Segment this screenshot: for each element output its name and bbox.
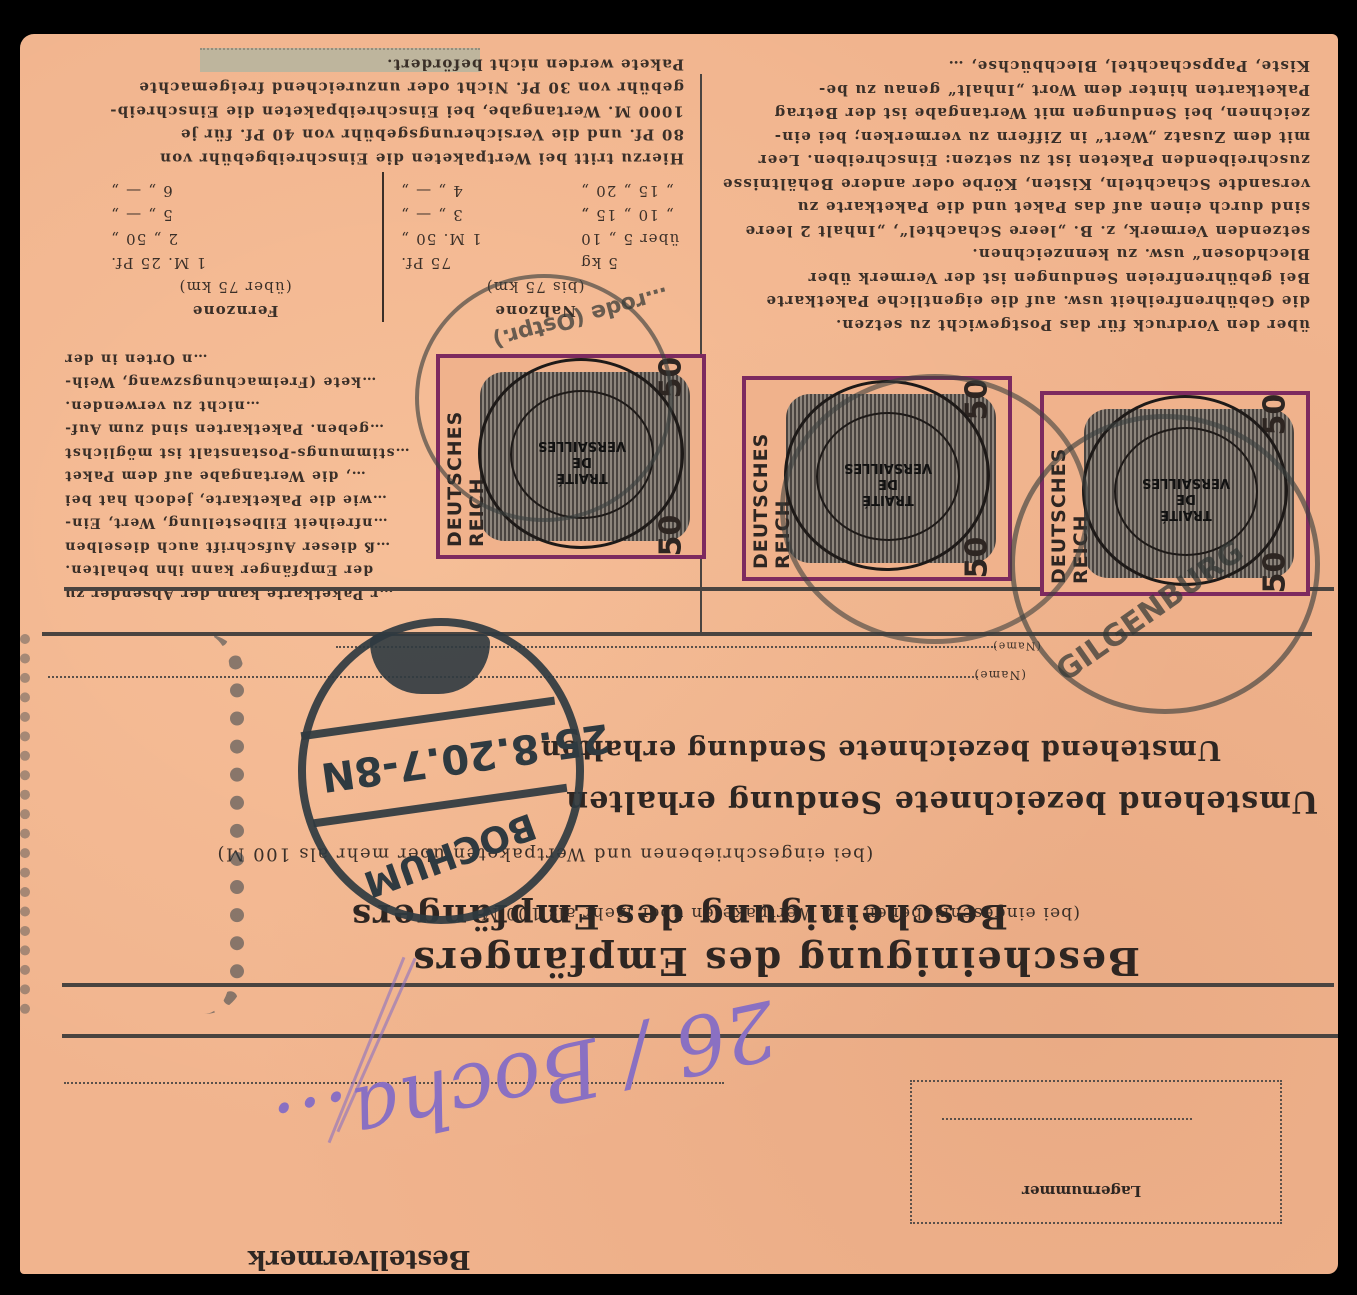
tariff-near: 4 „ — „ — [390, 178, 570, 202]
tariff-row: 5 kg75 Pf.1 M. 25 Pf. — [100, 250, 680, 274]
text-line: setzenden Vermerk, z. B. „leere Schachte… — [710, 219, 1310, 243]
received-statement: Umstehend bezeichnete Sendung erhalten — [540, 734, 1221, 765]
partial-postmark-left — [20, 634, 244, 1014]
text-line: …nicht zu verwenden. — [64, 393, 444, 417]
tariff-weight: „ 10 „ 15 „ — [570, 202, 680, 226]
text-line: …r Paketkarte kann der Absender zu — [64, 581, 444, 605]
text-line: die Gebührenfreiheit usw. auf die eigent… — [710, 289, 1310, 313]
stamp-value-top: 50 — [654, 515, 689, 557]
text-line: Pakete werden nicht befördert. — [64, 52, 684, 76]
tariff-near: 75 Pf. — [390, 250, 570, 274]
text-line: sind durch einen auf das Paket und die P… — [710, 195, 1310, 219]
text-line: …, die Wertangabe auf dem Paket — [64, 464, 444, 488]
storage-number-label: Lagernummer — [1022, 1182, 1141, 1200]
left-column-paragraph: …r Paketkarte kann der Absender zu der E… — [64, 346, 444, 605]
text-line: versandte Schachteln, Kisten, Körbe oder… — [710, 172, 1310, 196]
text-line: der Empfänger kann ihn behalten. — [64, 558, 444, 582]
text-line: 80 Pf. und die Versicherungsgebühr von 4… — [64, 123, 684, 147]
tariff-row: „ 10 „ 15 „3 „ — „5 „ — „ — [100, 202, 680, 226]
left-column-footer-paragraph: Hierzu tritt bei Wertpaketen die Einschr… — [64, 52, 684, 170]
text-line: …kete (Freimachungszwang, Weih- — [64, 370, 444, 394]
tariff-near: 3 „ — „ — [390, 202, 570, 226]
tariff-row: über 5 „ 10 „1 M. 50 „2 „ 50 „ — [100, 226, 680, 250]
delivery-note-label: Bestellvermerk — [248, 1244, 471, 1274]
text-line: Paketkarten hinter dem Wort „Inhalt“ gen… — [710, 78, 1310, 102]
text-line: …wie die Paketkarte, jedoch hat bei — [64, 487, 444, 511]
name-label: (Name) — [973, 663, 1026, 687]
text-line: 1000 M. Wertangabe, bei Einschreibpakete… — [64, 99, 684, 123]
tariff-weight: 5 kg — [570, 250, 680, 274]
text-line: …geben. Paketkarten sind zum Auf- — [64, 417, 444, 441]
tariff-near: 1 M. 50 „ — [390, 226, 570, 250]
text-line: mit dem Zusatz „Wert“ in Ziffern zu verm… — [710, 125, 1310, 149]
tariff-far: 1 M. 25 Pf. — [100, 250, 390, 274]
text-line: …ß dieser Aufschrift auch dieselben — [64, 534, 444, 558]
text-line: zuschreibenden Paketen ist zu setzen: Ei… — [710, 148, 1310, 172]
storage-number-box[interactable]: Lagernummer — [910, 1080, 1282, 1224]
tariff-weight: über 5 „ 10 „ — [570, 226, 680, 250]
tariff-far: 2 „ 50 „ — [100, 226, 390, 250]
received-statement: Umstehend bezeichnete Sendung erhalten — [565, 784, 1318, 819]
text-line: Bei gebührenfreien Sendungen ist der Ver… — [710, 266, 1310, 290]
storage-number-line — [942, 1118, 1192, 1120]
text-line: …n Orten in der — [64, 346, 444, 370]
tariff-subheader-far: (über 75 km) — [100, 275, 370, 299]
tariff-weight: „ 15 „ 20 „ — [570, 178, 680, 202]
tariff-row: „ 15 „ 20 „4 „ — „6 „ — „ — [100, 178, 680, 202]
text-line: …nfreiheit Eilbestellung, Wert, Ein- — [64, 511, 444, 535]
tariff-far: 5 „ — „ — [100, 202, 390, 226]
tariff-header-far: Fernzone — [100, 299, 370, 323]
text-line: zeichnen, bei Sendungen mit Wertangabe i… — [710, 101, 1310, 125]
tariff-far: 6 „ — „ — [100, 178, 390, 202]
text-line: Blechdosen“ usw. zu kennzeichnen. — [710, 242, 1310, 266]
right-column-paragraph: über den Vordruck für das Postgewicht zu… — [710, 54, 1310, 336]
text-line: …stimmungs-Postanstalt ist möglichst — [64, 440, 444, 464]
parcel-card: Bescheinigung des Empfängers (bei einges… — [20, 34, 1338, 1274]
text-line: über den Vordruck für das Postgewicht zu… — [710, 313, 1310, 337]
text-line: gebühr von 30 Pf. Nicht oder unzureichen… — [64, 76, 684, 100]
text-line: Kiste, Pappschachtel, Blechbüchse, … — [710, 54, 1310, 78]
text-line: Hierzu tritt bei Wertpaketen die Einschr… — [64, 146, 684, 170]
